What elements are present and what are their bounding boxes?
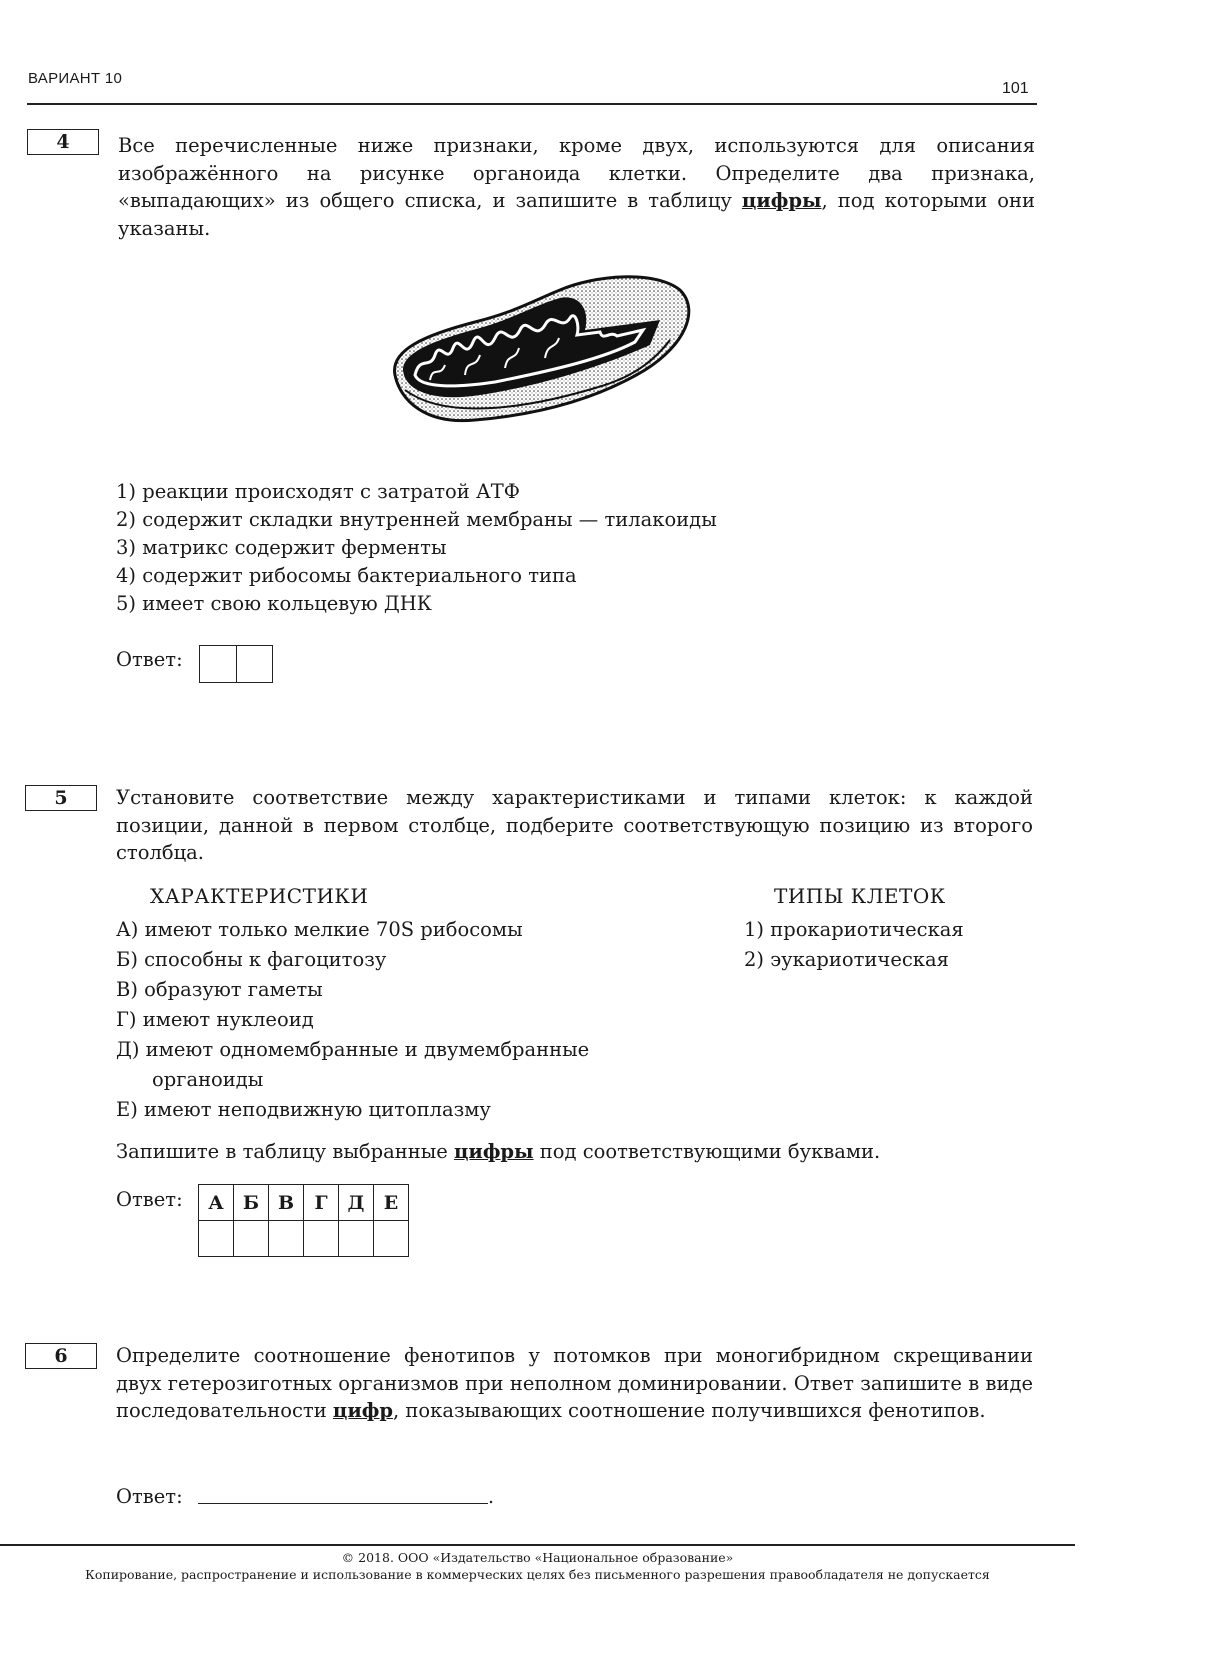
task6-answer-line[interactable]	[198, 1502, 488, 1504]
task5-prompt: Установите соответствие между характерис…	[116, 784, 1033, 867]
option-item: 5) имеет свою кольцевую ДНК	[116, 590, 717, 618]
header-divider	[27, 103, 1037, 105]
task-number-box: 6	[25, 1343, 97, 1369]
letter-header: Е	[374, 1185, 409, 1221]
answer-table-header-row: А Б В Г Д Е	[199, 1185, 409, 1221]
prompt-text: , показывающих соотношение получившихся …	[393, 1399, 986, 1422]
task5-answer-table: А Б В Г Д Е	[198, 1184, 409, 1257]
characteristic-item: В) образуют гаметы	[116, 975, 589, 1005]
answer-label: Ответ:	[116, 1485, 183, 1508]
letter-header: Д	[339, 1185, 374, 1221]
footer-divider	[0, 1544, 1075, 1546]
emphasis-digits: цифр	[333, 1399, 393, 1422]
task-number-box: 5	[25, 785, 97, 811]
answer-cell[interactable]	[374, 1221, 409, 1257]
characteristic-item: Д) имеют одномембранные и двумембранные	[116, 1035, 589, 1065]
cell-types-list: 1) прокариотическая 2) эукариотическая	[744, 915, 964, 975]
answer-cell[interactable]	[339, 1221, 374, 1257]
option-item: 1) реакции происходят с затратой АТФ	[116, 478, 717, 506]
task4-options-list: 1) реакции происходят с затратой АТФ 2) …	[116, 478, 717, 618]
answer-cell[interactable]	[269, 1221, 304, 1257]
letter-header: В	[269, 1185, 304, 1221]
instruction-text: Запишите в таблицу выбранные	[116, 1140, 454, 1163]
copyright-notice: Копирование, распространение и использов…	[0, 1567, 1075, 1582]
answer-cell[interactable]	[304, 1221, 339, 1257]
characteristic-item: Е) имеют неподвижную цитоплазму	[116, 1095, 589, 1125]
task5-instruction: Запишите в таблицу выбранные цифры под с…	[116, 1140, 880, 1163]
letter-header: Б	[234, 1185, 269, 1221]
characteristics-heading: ХАРАКТЕРИСТИКИ	[150, 884, 368, 908]
characteristic-item: Б) способны к фагоцитозу	[116, 945, 589, 975]
task4-prompt: Все перечисленные ниже признаки, кроме д…	[118, 132, 1035, 242]
option-item: 4) содержит рибосомы бактериального типа	[116, 562, 717, 590]
characteristic-item-continuation: органоиды	[116, 1065, 589, 1095]
answer-cell[interactable]	[200, 646, 236, 682]
answer-label: Ответ:	[116, 1188, 183, 1211]
emphasis-digits: цифры	[742, 189, 822, 212]
characteristic-item: А) имеют только мелкие 70S рибосомы	[116, 915, 589, 945]
instruction-text: под соответствующими буквами.	[534, 1140, 881, 1163]
cell-types-heading: ТИПЫ КЛЕТОК	[774, 884, 946, 908]
characteristic-item: Г) имеют нуклеоид	[116, 1005, 589, 1035]
task-number-box: 4	[27, 129, 99, 155]
copyright-line: © 2018. ООО «Издательство «Национальное …	[0, 1550, 1075, 1565]
answer-period: .	[488, 1486, 494, 1508]
page-number: 101	[1002, 80, 1029, 98]
emphasis-digits: цифры	[454, 1140, 534, 1163]
option-item: 2) содержит складки внутренней мембраны …	[116, 506, 717, 534]
cell-type-item: 1) прокариотическая	[744, 915, 964, 945]
letter-header: А	[199, 1185, 234, 1221]
answer-table-value-row	[199, 1221, 409, 1257]
letter-header: Г	[304, 1185, 339, 1221]
cell-type-item: 2) эукариотическая	[744, 945, 964, 975]
variant-label: ВАРИАНТ 10	[28, 70, 122, 87]
answer-cell[interactable]	[236, 646, 272, 682]
answer-cell[interactable]	[234, 1221, 269, 1257]
option-item: 3) матрикс содержит ферменты	[116, 534, 717, 562]
task6-prompt: Определите соотношение фенотипов у потом…	[116, 1342, 1033, 1425]
task4-answer-box	[199, 645, 273, 683]
answer-cell[interactable]	[199, 1221, 234, 1257]
characteristics-list: А) имеют только мелкие 70S рибосомы Б) с…	[116, 915, 589, 1125]
mitochondrion-illustration-icon	[385, 270, 695, 440]
answer-label: Ответ:	[116, 648, 183, 671]
